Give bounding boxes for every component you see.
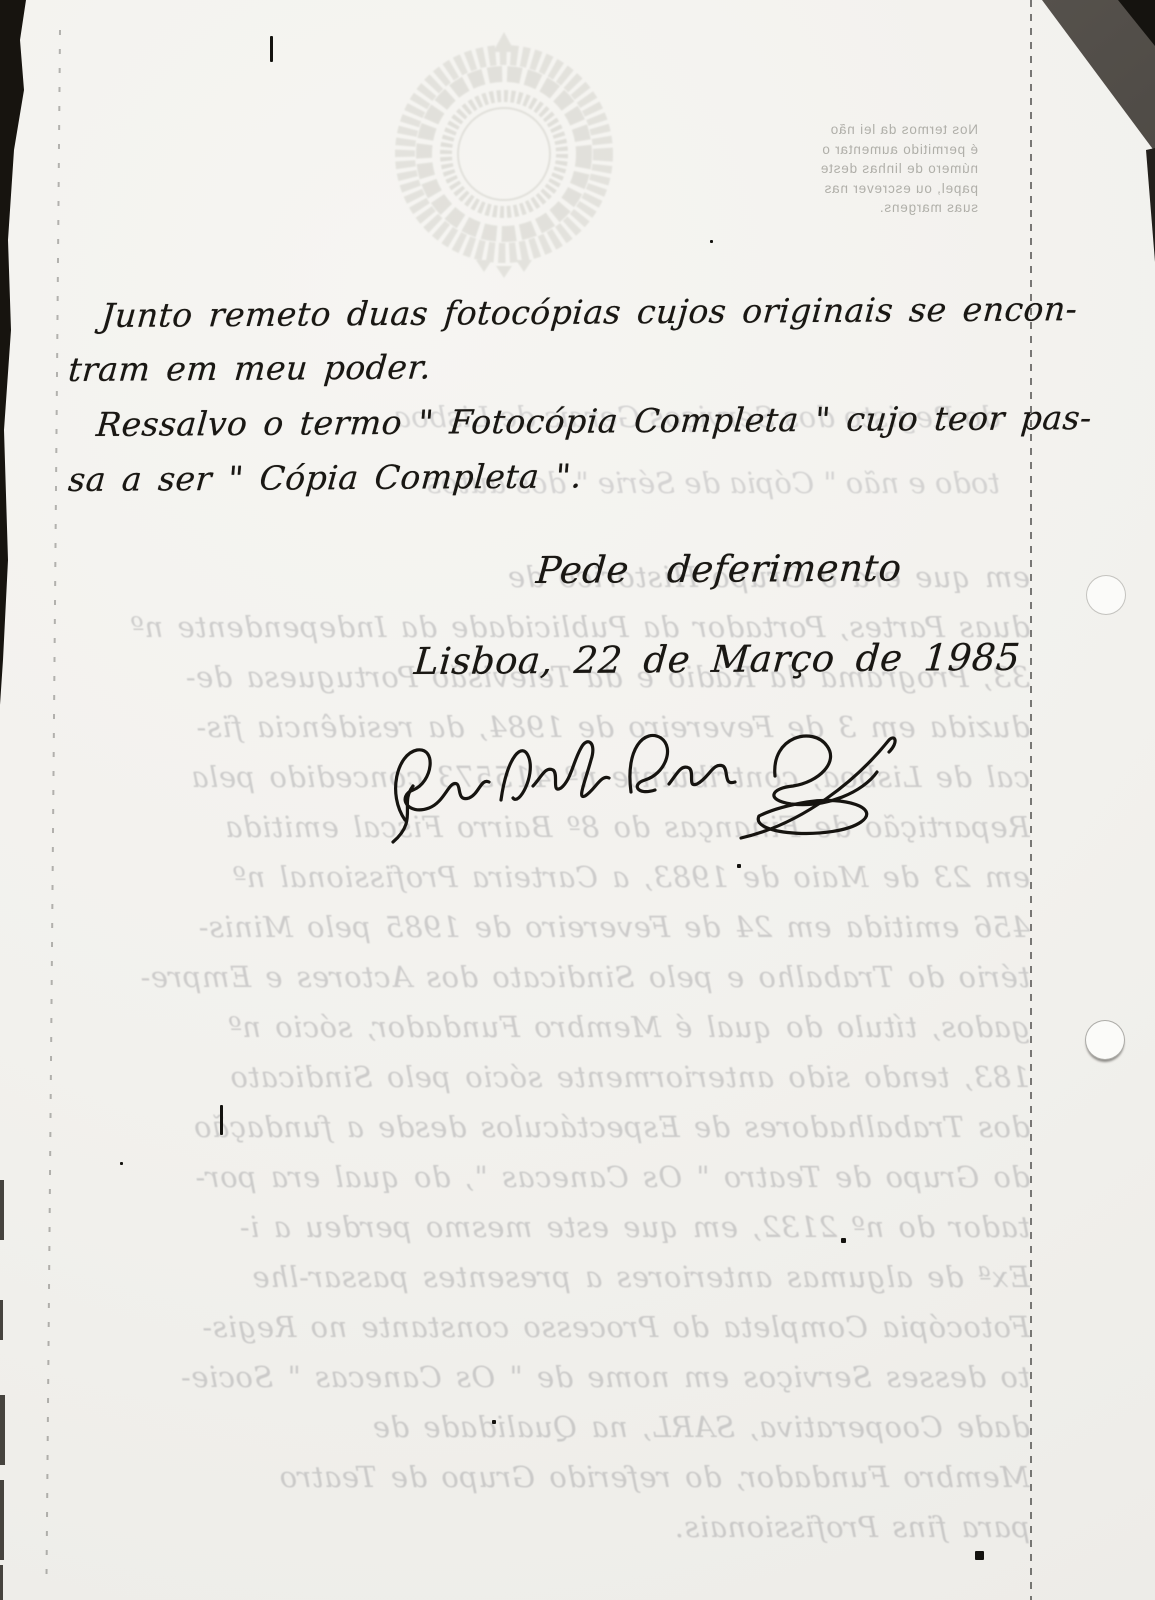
notice-line: Nos termos da lei não	[740, 120, 978, 140]
edge-mark	[0, 1395, 5, 1465]
bleedthrough-line: em 23 de Maio de 1983, a Carteira Profis…	[35, 852, 1030, 902]
scan-speck	[975, 1551, 984, 1560]
bleedthrough-line: tério do Trabalho e pelo Sindicato dos A…	[35, 952, 1030, 1002]
bleedthrough-line: dade Cooperativa, SARL, na Qualidade de	[35, 1402, 1030, 1452]
embossed-seal-watermark	[392, 30, 617, 278]
scan-speck	[841, 1238, 846, 1243]
closing-line: Pede deferimento	[535, 546, 904, 592]
notice-line: é permitido aumentar o	[740, 140, 978, 160]
bleedthrough-line: Membro Fundador, do referido Grupo de Te…	[35, 1452, 1030, 1502]
hole-punch-bottom	[1085, 1020, 1125, 1060]
scan-speck	[492, 1420, 496, 1424]
right-feed-dashed-line	[1030, 0, 1032, 1600]
bleedthrough-line: para fins Profissionais.	[35, 1502, 1030, 1552]
body-line-3: Ressalvo o termo " Fotocópia Completa " …	[95, 398, 1094, 444]
bleedthrough-line: gados, título do qual é Membro Fundador,…	[35, 1002, 1030, 1052]
edge-mark	[0, 1180, 4, 1240]
bleedthrough-text-block: em que era o Grupo Histórico de duas Par…	[35, 552, 1030, 1552]
scan-speck	[120, 1162, 123, 1165]
body-line-2: tram em meu poder.	[67, 347, 433, 389]
notice-line: papel, ou escrever nas	[740, 179, 978, 199]
signature	[383, 720, 918, 850]
hole-punch-top	[1086, 575, 1126, 615]
body-line-4: sa a ser " Cópia Completa ".	[67, 456, 584, 499]
scan-speck	[710, 240, 713, 243]
stationery-margin-notice: Nos termos da lei não é permitido aument…	[740, 120, 978, 218]
dateline: Lisboa, 22 de Março de 1985	[413, 636, 1022, 683]
bleedthrough-line: do Grupo de Teatro " Os Canecas ", do qu…	[35, 1152, 1030, 1202]
bleedthrough-line: Fotocópia Completa do Processo constante…	[35, 1302, 1030, 1352]
bleedthrough-line: Exª de algumas anteriores a presentes pa…	[35, 1252, 1030, 1302]
edge-mark	[0, 1480, 4, 1560]
bleedthrough-line: dos Trabalhadores de Espectáculos desde …	[35, 1102, 1030, 1152]
scan-speck	[270, 36, 273, 62]
bleedthrough-line: to desses Serviços em nome de " Os Canec…	[35, 1352, 1030, 1402]
body-line-1: Junto remeto duas fotocópias cujos origi…	[100, 289, 1079, 335]
bleedthrough-line: 183, tendo sido anteriormente sócio pelo…	[35, 1052, 1030, 1102]
scanned-letter-page: Nos termos da lei não é permitido aument…	[0, 0, 1155, 1600]
edge-mark	[0, 1300, 3, 1340]
notice-line: número de linhas deste	[740, 159, 978, 179]
bleedthrough-line: 456 emitida em 24 de Fevereiro de 1985 p…	[35, 902, 1030, 952]
bleedthrough-line: tador do nº 2132, em que este mesmo perd…	[35, 1202, 1030, 1252]
scan-speck	[220, 1105, 223, 1135]
notice-line: suas margens.	[740, 198, 978, 218]
edge-mark	[0, 1565, 3, 1600]
scan-speck	[737, 864, 741, 868]
